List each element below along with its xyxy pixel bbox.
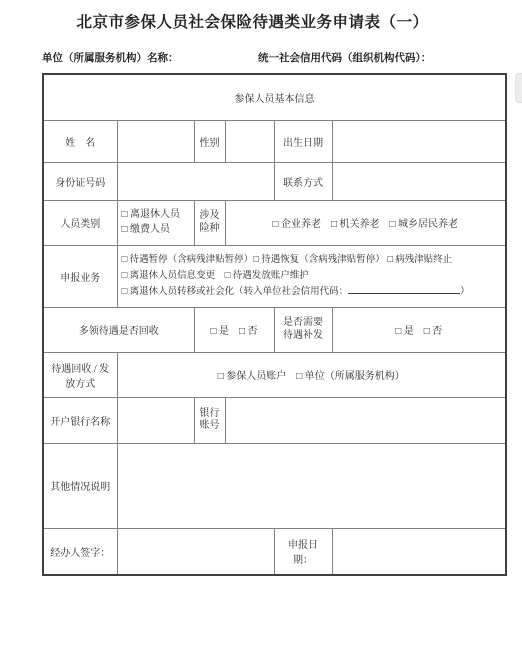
name-row: 姓 名 性别 出生日期	[43, 120, 506, 162]
retiree-checkbox-option: □ 离退休人员	[122, 208, 190, 223]
declare-date-value-cell	[332, 528, 506, 575]
page-title: 北京市参保人员社会保险待遇类业务申请表（一）	[0, 10, 505, 32]
credit-code-label: 统一社会信用代码（组织机构代码）：	[258, 50, 431, 65]
id-number-value-cell	[117, 162, 274, 200]
payer-checkbox-option: □ 缴费人员	[122, 223, 190, 238]
scrollbar-thumb[interactable]	[515, 73, 522, 103]
business-option-line-1: □ 待遇暂停（含病残津贴暂停）□ 待遇恢复（含病残津贴暂停） □ 病残津贴终止	[122, 252, 502, 268]
form-table: 参保人员基本信息 姓 名 性别 出生日期 身份证号码 联系方式 人员类别 □ 离…	[42, 73, 507, 576]
meta-row: 单位（所属服务机构）名称： 统一社会信用代码（组织机构代码）：	[0, 50, 522, 64]
bank-name-label: 开户银行名称	[43, 397, 117, 443]
person-category-options: □ 离退休人员 □ 缴费人员	[117, 200, 194, 245]
id-row: 身份证号码 联系方式	[43, 162, 506, 200]
payment-method-options: □ 参保人员账户 □ 单位（所属服务机构）	[117, 352, 506, 397]
other-notes-row: 其他情况说明	[43, 443, 506, 528]
name-label: 姓 名	[43, 120, 117, 162]
operator-signature-label: 经办人签字：	[43, 528, 117, 575]
credit-code-blank-line	[348, 284, 460, 294]
business-option-line-3: □ 离退休人员转移或社会化（转入单位社会信用代码：）	[122, 284, 502, 300]
signature-row: 经办人签字： 申报日期：	[43, 528, 506, 575]
business-option-line-2: □ 离退休人员信息变更 □ 待遇发放账户维护	[122, 268, 502, 284]
bank-account-label: 银行 账号	[194, 397, 225, 443]
declared-business-options: □ 待遇暂停（含病残津贴暂停）□ 待遇恢复（含病残津贴暂停） □ 病残津贴终止 …	[117, 245, 506, 307]
id-number-label: 身份证号码	[43, 162, 117, 200]
payment-method-label: 待遇回收 / 发放方式	[43, 352, 117, 397]
bank-name-value-cell	[117, 397, 194, 443]
bank-row: 开户银行名称 银行 账号	[43, 397, 506, 443]
overpaid-recovery-label: 多领待遇是否回收	[43, 307, 194, 352]
involved-insurance-label: 涉及 险种	[194, 200, 225, 245]
other-notes-value-cell	[117, 443, 506, 528]
declare-date-label: 申报日期：	[274, 528, 332, 575]
section-header: 参保人员基本信息	[43, 74, 506, 120]
other-notes-label: 其他情况说明	[43, 443, 117, 528]
reissue-yes-no-options: □ 是 □ 否	[332, 307, 506, 352]
person-category-label: 人员类别	[43, 200, 117, 245]
overpaid-yes-no-options: □ 是 □ 否	[194, 307, 274, 352]
birth-date-label: 出生日期	[274, 120, 332, 162]
bank-account-value-cell	[225, 397, 506, 443]
reissue-label: 是否需要 待遇补发	[274, 307, 332, 352]
section-header-row: 参保人员基本信息	[43, 74, 506, 120]
birth-date-value-cell	[332, 120, 506, 162]
unit-name-label: 单位（所属服务机构）名称：	[42, 50, 179, 65]
contact-label: 联系方式	[274, 162, 332, 200]
declared-business-label: 申报业务	[43, 245, 117, 307]
gender-value-cell	[225, 120, 274, 162]
payment-method-row: 待遇回收 / 发放方式 □ 参保人员账户 □ 单位（所属服务机构）	[43, 352, 506, 397]
insurance-options: □ 企业养老 □ 机关养老 □ 城乡居民养老	[225, 200, 506, 245]
gender-label: 性别	[194, 120, 225, 162]
name-value-cell	[117, 120, 194, 162]
signature-value-cell	[117, 528, 274, 575]
contact-value-cell	[332, 162, 506, 200]
overpaid-recovery-row: 多领待遇是否回收 □ 是 □ 否 是否需要 待遇补发 □ 是 □ 否	[43, 307, 506, 352]
declared-business-row: 申报业务 □ 待遇暂停（含病残津贴暂停）□ 待遇恢复（含病残津贴暂停） □ 病残…	[43, 245, 506, 307]
person-category-row: 人员类别 □ 离退休人员 □ 缴费人员 涉及 险种 □ 企业养老 □ 机关养老 …	[43, 200, 506, 245]
